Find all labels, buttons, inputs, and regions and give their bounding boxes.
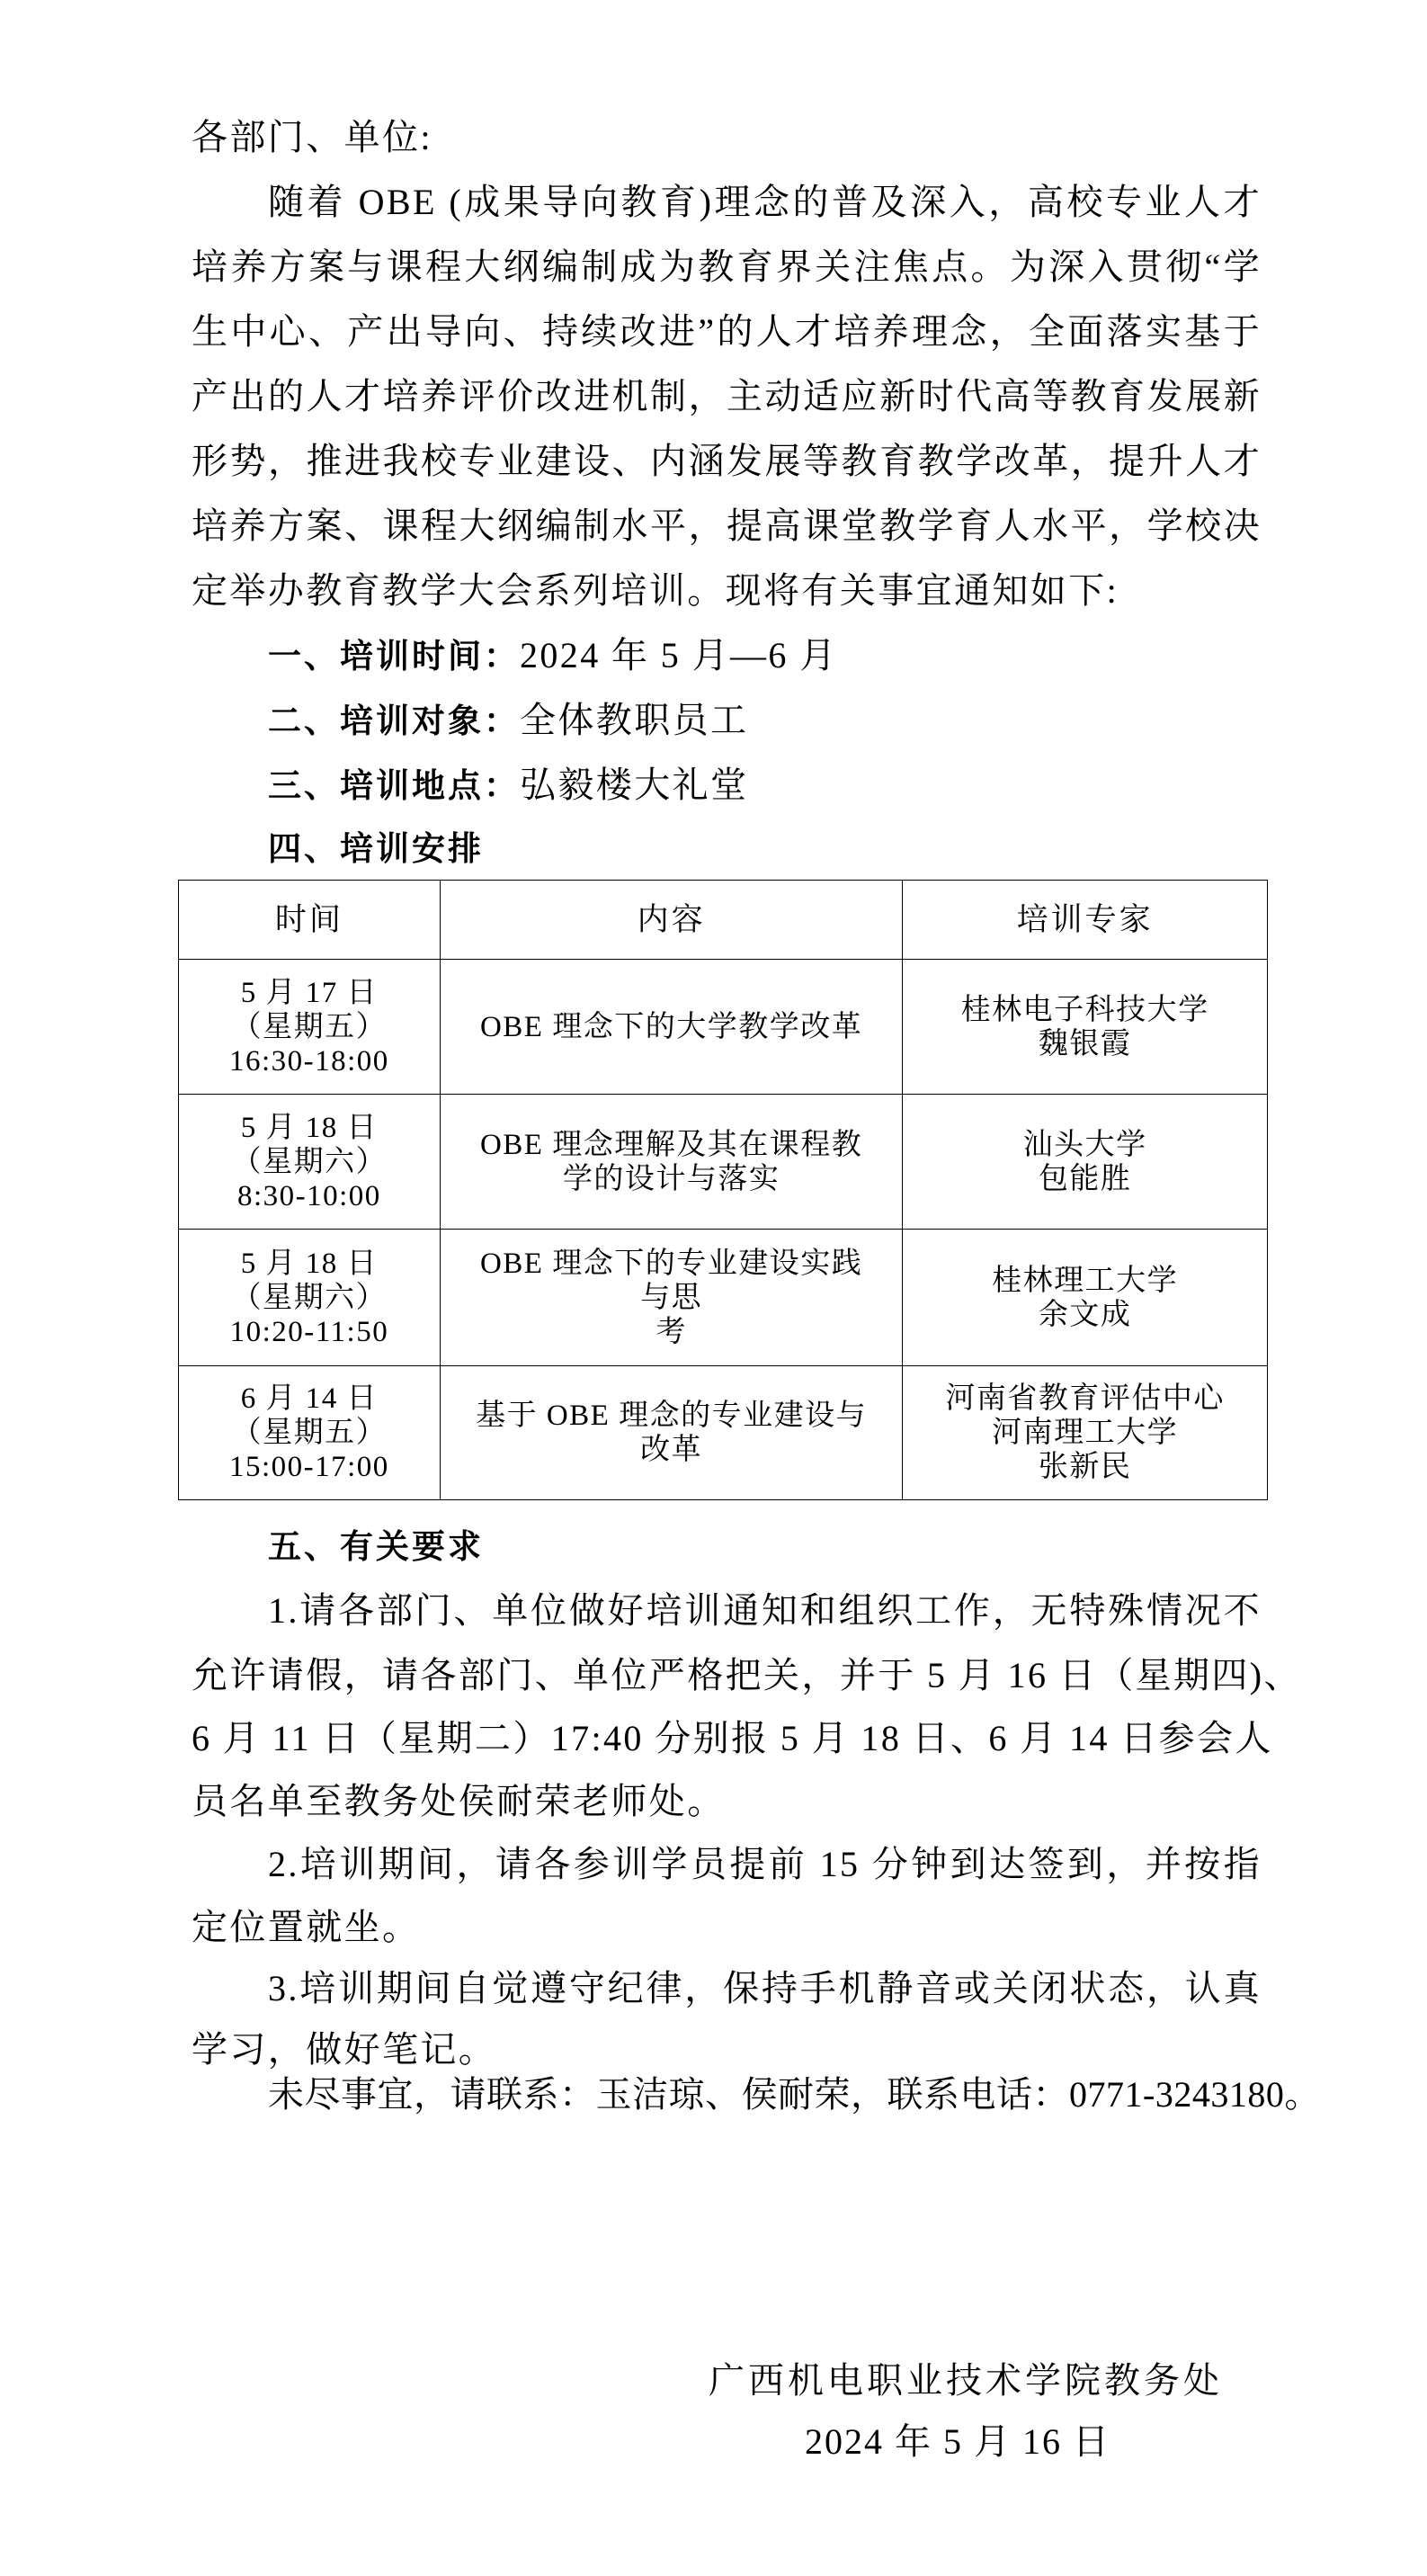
time-range: 10:20-11:50: [184, 1315, 434, 1349]
cell-time: 5 月 17 日 （星期五） 16:30-18:00: [179, 960, 441, 1095]
intro-line: 生中心、产出导向、持续改进”的人才培养理念，全面落实基于: [192, 309, 1262, 354]
expert-affiliation: 河南理工大学: [908, 1416, 1262, 1450]
table-row: 6 月 14 日 （星期五） 15:00-17:00 基于 OBE 理念的专业建…: [179, 1366, 1268, 1500]
time-weekday: （星期五）: [184, 1416, 434, 1450]
table-header-row: 时间 内容 培训专家: [179, 881, 1268, 960]
requirement-line: 1.请各部门、单位做好培训通知和组织工作，无特殊情况不: [268, 1588, 1262, 1633]
cell-expert: 河南省教育评估中心 河南理工大学 张新民: [903, 1366, 1268, 1500]
intro-line: 定举办教育教学大会系列培训。现将有关事宜通知如下:: [192, 568, 1262, 613]
cell-expert: 桂林电子科技大学 魏银霞: [903, 960, 1268, 1095]
contact-line: 未尽事宜，请联系：玉洁琼、侯耐荣，联系电话：0771-3243180。: [268, 2072, 1262, 2117]
content-line: OBE 理念下的专业建设实践: [446, 1247, 897, 1281]
section-training-time: 一、培训时间：2024 年 5 月—6 月: [268, 633, 1262, 679]
section-training-audience: 二、培训对象：全体教职员工: [268, 698, 1262, 744]
section-training-location: 三、培训地点：弘毅楼大礼堂: [268, 763, 1262, 809]
cell-content: OBE 理念下的大学教学改革: [440, 960, 903, 1095]
time-range: 16:30-18:00: [184, 1044, 434, 1078]
cell-time: 6 月 14 日 （星期五） 15:00-17:00: [179, 1366, 441, 1500]
time-range: 8:30-10:00: [184, 1179, 434, 1213]
schedule-table: 时间 内容 培训专家 5 月 17 日 （星期五） 16:30-18:00 OB…: [178, 880, 1268, 1500]
content-line: 基于 OBE 理念的专业建设与: [446, 1399, 897, 1433]
intro-line: 培养方案、课程大纲编制水平，提高课堂教学育人水平，学校决: [192, 504, 1262, 549]
time-date: 6 月 14 日: [184, 1382, 434, 1416]
expert-name: 魏银霞: [908, 1027, 1262, 1061]
table-row: 5 月 17 日 （星期五） 16:30-18:00 OBE 理念下的大学教学改…: [179, 960, 1268, 1095]
time-date: 5 月 18 日: [184, 1247, 434, 1281]
cell-content: OBE 理念下的专业建设实践 与思 考: [440, 1230, 903, 1366]
content-line: OBE 理念下的大学教学改革: [446, 1010, 897, 1044]
section-label: 四、培训安排: [268, 829, 484, 868]
cell-time: 5 月 18 日 （星期六） 10:20-11:50: [179, 1230, 441, 1366]
time-weekday: （星期六）: [184, 1145, 434, 1179]
expert-affiliation: 桂林电子科技大学: [908, 993, 1262, 1027]
requirement-line: 学习，做好笔记。: [192, 2027, 1262, 2072]
expert-name: 余文成: [908, 1298, 1262, 1332]
section-label: 三、培训地点：: [268, 766, 520, 805]
content-line: 考: [446, 1315, 897, 1349]
expert-affiliation: 河南省教育评估中心: [908, 1382, 1262, 1416]
cell-content: 基于 OBE 理念的专业建设与 改革: [440, 1366, 903, 1500]
content-line: 学的设计与落实: [446, 1162, 897, 1196]
time-range: 15:00-17:00: [184, 1450, 434, 1484]
intro-line: 培养方案与课程大纲编制成为教育界关注焦点。为深入贯彻“学: [192, 245, 1262, 290]
section-value: 弘毅楼大礼堂: [520, 765, 748, 805]
section-label: 五、有关要求: [268, 1527, 484, 1566]
requirement-line: 6 月 11 日（星期二）17:40 分别报 5 月 18 日、6 月 14 日…: [192, 1716, 1262, 1761]
salutation: 各部门、单位:: [192, 115, 1262, 160]
table-row: 5 月 18 日 （星期六） 10:20-11:50 OBE 理念下的专业建设实…: [179, 1230, 1268, 1366]
intro-line: 产出的人才培养评价改进机制，主动适应新时代高等教育发展新: [192, 374, 1262, 419]
requirement-line: 2.培训期间，请各参训学员提前 15 分钟到达签到，并按指: [268, 1842, 1262, 1887]
expert-affiliation: 桂林理工大学: [908, 1264, 1262, 1298]
section-training-schedule: 四、培训安排: [268, 826, 1262, 872]
section-label: 二、培训对象：: [268, 702, 520, 740]
expert-affiliation: 汕头大学: [908, 1128, 1262, 1162]
intro-line: 随着 OBE (成果导向教育)理念的普及深入，高校专业人才: [268, 180, 1262, 225]
column-header-expert: 培训专家: [903, 881, 1268, 960]
cell-content: OBE 理念理解及其在课程教 学的设计与落实: [440, 1095, 903, 1230]
time-weekday: （星期五）: [184, 1010, 434, 1044]
expert-name: 包能胜: [908, 1162, 1262, 1196]
column-header-content: 内容: [440, 881, 903, 960]
signature-date: 2024 年 5 月 16 日: [805, 2419, 1110, 2464]
content-line: 与思: [446, 1281, 897, 1315]
section-value: 全体教职员工: [520, 700, 748, 740]
cell-expert: 桂林理工大学 余文成: [903, 1230, 1268, 1366]
cell-expert: 汕头大学 包能胜: [903, 1095, 1268, 1230]
content-line: 改革: [446, 1433, 897, 1467]
time-date: 5 月 18 日: [184, 1111, 434, 1145]
requirement-line: 员名单至教务处侯耐荣老师处。: [192, 1779, 1262, 1824]
requirement-line: 定位置就坐。: [192, 1905, 1262, 1950]
time-date: 5 月 17 日: [184, 976, 434, 1010]
requirement-line: 允许请假，请各部门、单位严格把关，并于 5 月 16 日（星期四)、: [192, 1653, 1262, 1698]
table-row: 5 月 18 日 （星期六） 8:30-10:00 OBE 理念理解及其在课程教…: [179, 1095, 1268, 1230]
column-header-time: 时间: [179, 881, 441, 960]
expert-name: 张新民: [908, 1450, 1262, 1484]
intro-line: 形势，推进我校专业建设、内涵发展等教育教学改革，提升人才: [192, 439, 1262, 484]
cell-time: 5 月 18 日 （星期六） 8:30-10:00: [179, 1095, 441, 1230]
section-value: 2024 年 5 月—6 月: [520, 635, 838, 675]
content-line: OBE 理念理解及其在课程教: [446, 1128, 897, 1162]
section-requirements: 五、有关要求: [268, 1524, 1262, 1570]
requirement-line: 3.培训期间自觉遵守纪律，保持手机静音或关闭状态，认真: [268, 1966, 1262, 2011]
signature-office: 广西机电职业技术学院教务处: [709, 2358, 1223, 2403]
time-weekday: （星期六）: [184, 1281, 434, 1315]
section-label: 一、培训时间：: [268, 637, 520, 675]
